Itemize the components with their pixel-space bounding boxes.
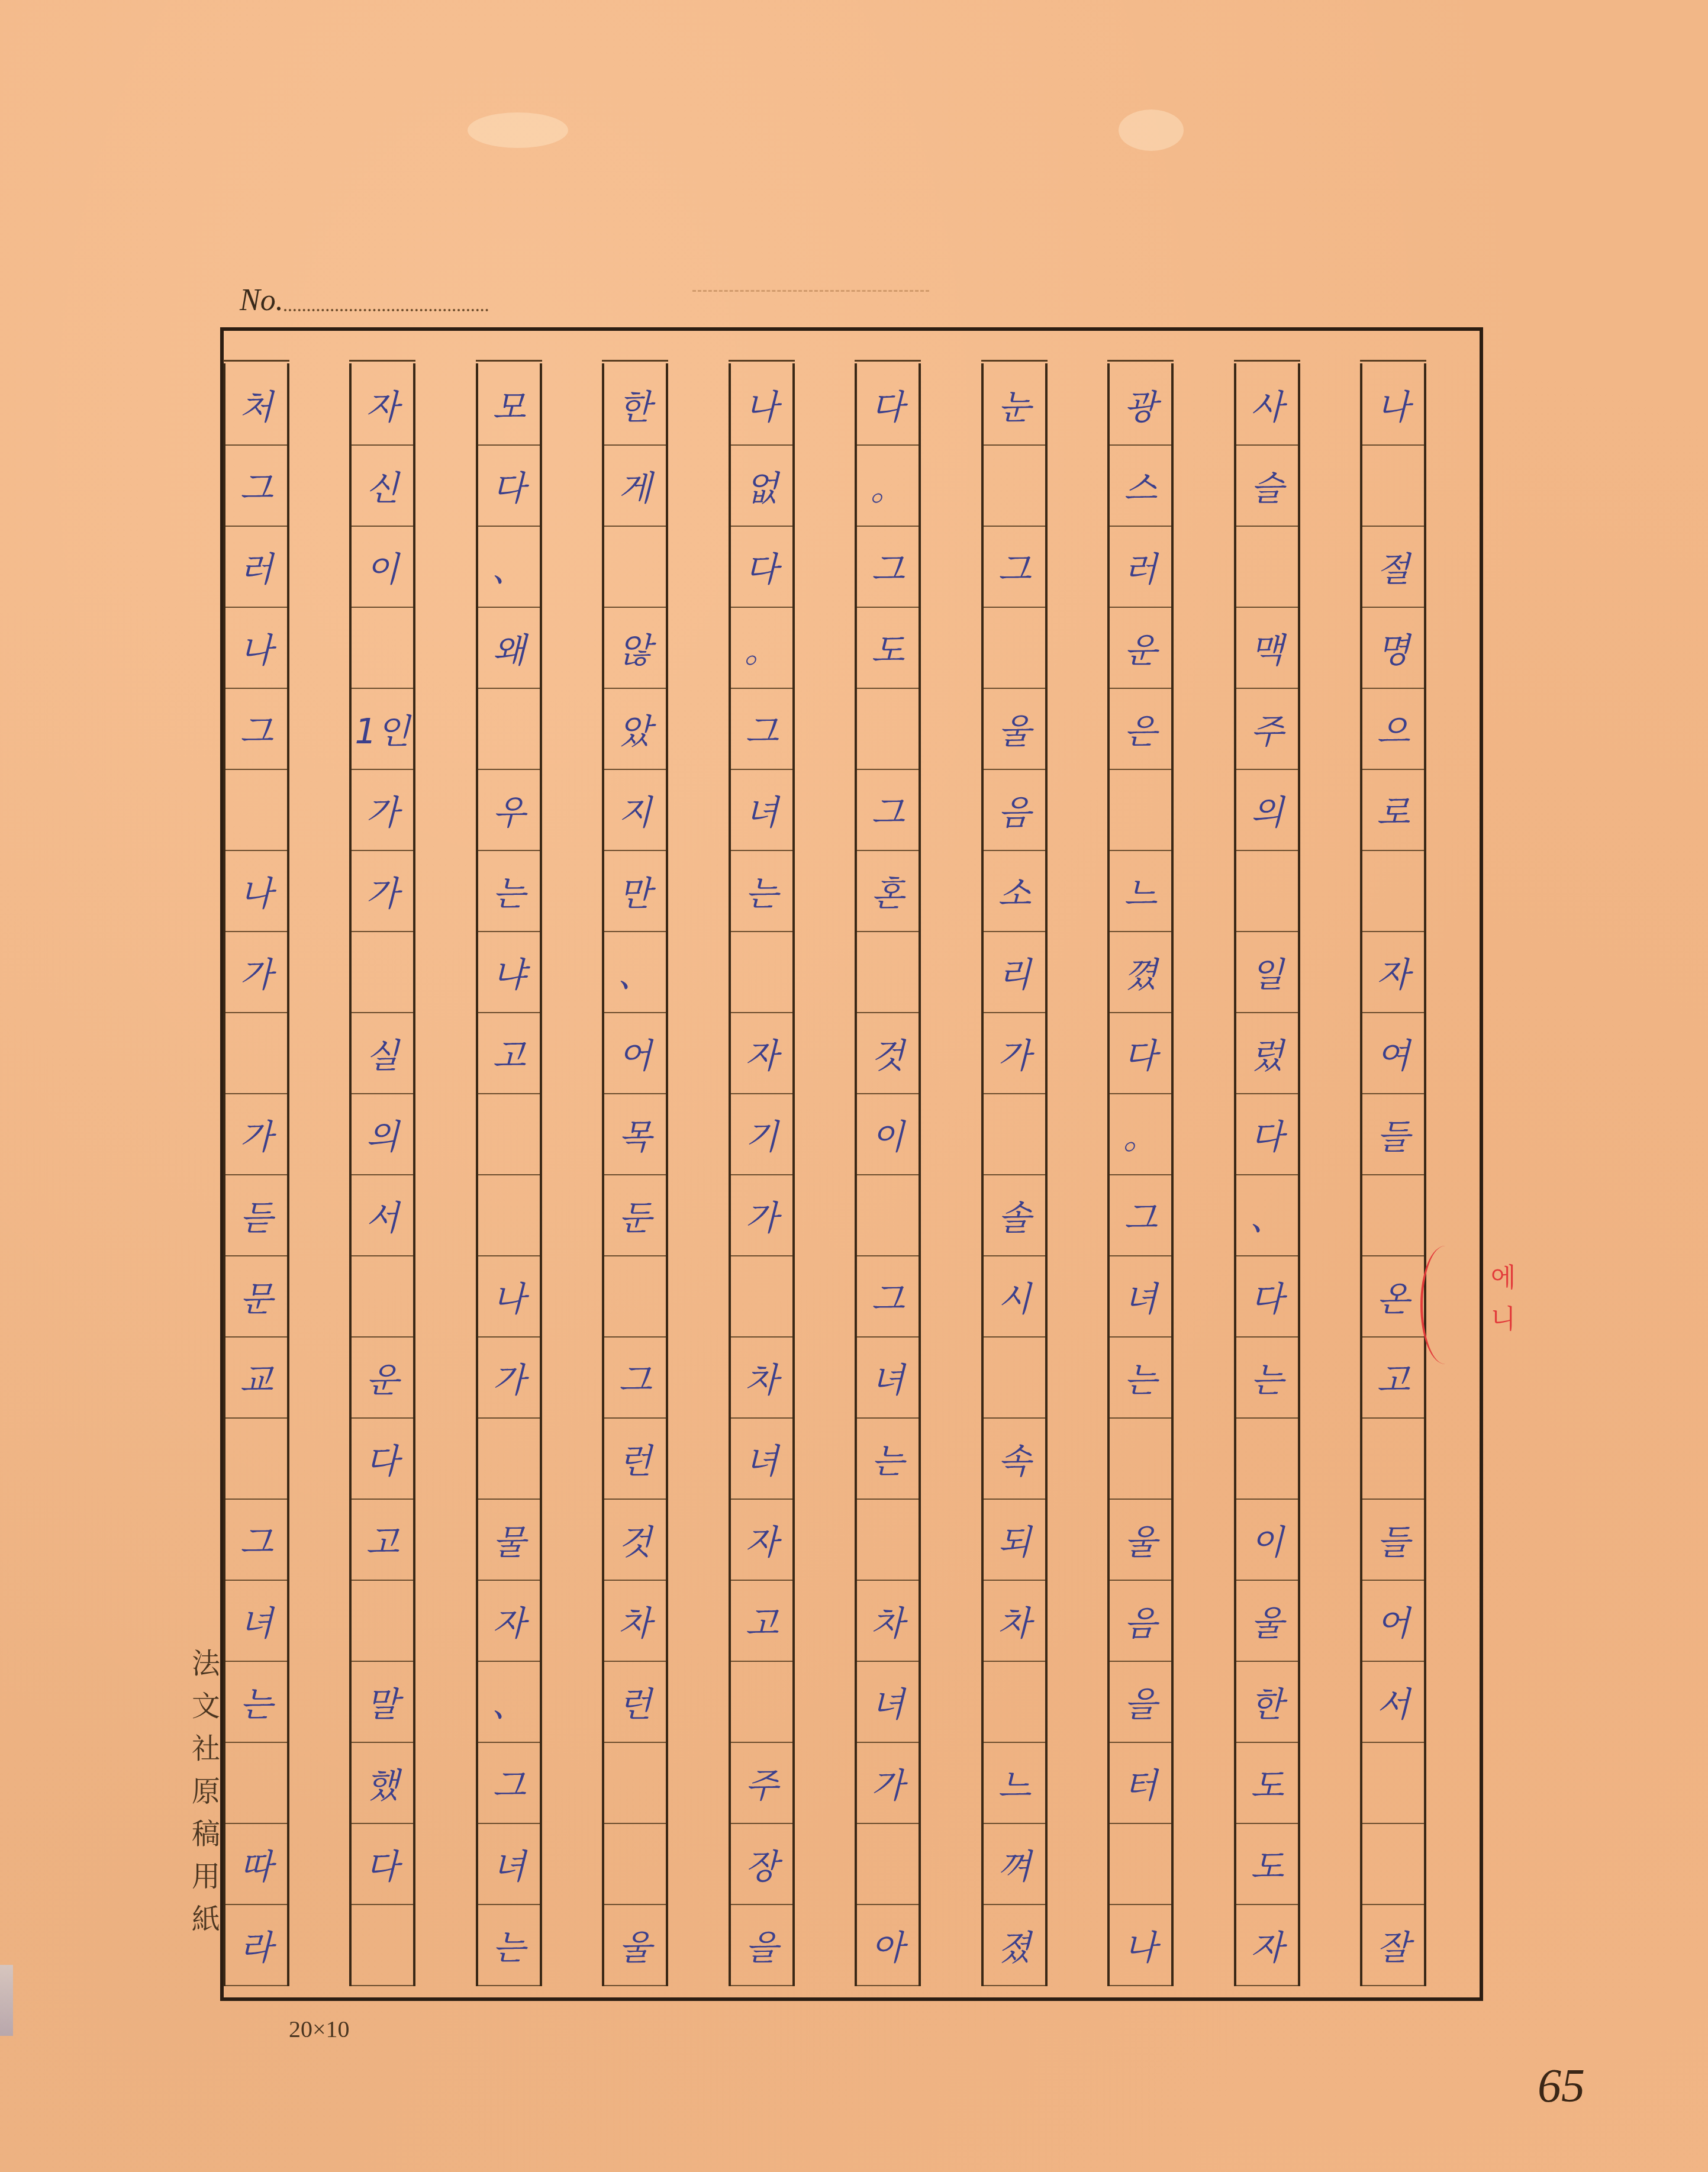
paper-crease-2 (1119, 109, 1184, 151)
manuscript-cell: 않 (604, 607, 666, 689)
manuscript-cell: 으 (1362, 688, 1424, 770)
manuscript-cell: 일 (1236, 931, 1298, 1013)
manuscript-cell: 을 (1110, 1661, 1171, 1743)
manuscript-cell: 는 (731, 850, 792, 932)
manuscript-cell: 들 (1362, 1499, 1424, 1581)
manuscript-cell: 라 (225, 1904, 287, 1986)
manuscript-cell (478, 1174, 540, 1256)
red-correction-char: 니 (1485, 1299, 1521, 1340)
manuscript-cell: 꼈 (1110, 931, 1171, 1013)
manuscript-cell: 이 (1236, 1499, 1298, 1581)
manuscript-column: 모다、왜우는냐고나가물자、그녀는 (476, 363, 542, 1986)
manuscript-cell: 명 (1362, 607, 1424, 689)
grid-size-label: 20×10 (289, 2015, 350, 2043)
column-top-rule (476, 360, 542, 362)
manuscript-cell: 가 (984, 1012, 1045, 1094)
manuscript-cell (225, 769, 287, 851)
manuscript-cell: 가 (225, 931, 287, 1013)
manuscript-cell: 이 (352, 526, 413, 608)
manuscript-cell: 느 (984, 1742, 1045, 1824)
manuscript-cell: 는 (1236, 1336, 1298, 1419)
manuscript-cell: 들 (1362, 1093, 1424, 1175)
manuscript-cell: 자 (352, 363, 413, 446)
manuscript-cell: 녀 (857, 1336, 919, 1419)
manuscript-cell: 다 (352, 1823, 413, 1905)
manuscript-cell: 이 (857, 1093, 919, 1175)
manuscript-cell: 을 (731, 1904, 792, 1986)
manuscript-cell (1236, 526, 1298, 608)
margin-title-char: 社 (188, 1728, 224, 1770)
manuscript-cell (478, 1093, 540, 1175)
manuscript-cell: 의 (352, 1093, 413, 1175)
manuscript-column: 나절명으로자여들온고들어서잘 (1360, 363, 1426, 1986)
column-top-rule (1234, 360, 1300, 362)
manuscript-cell (225, 1417, 287, 1500)
manuscript-cell (984, 1336, 1045, 1419)
manuscript-cell: 절 (1362, 526, 1424, 608)
manuscript-cell: 되 (984, 1499, 1045, 1581)
manuscript-cell: 그 (225, 444, 287, 527)
manuscript-cell: 가 (352, 769, 413, 851)
manuscript-cell: 주 (1236, 688, 1298, 770)
manuscript-cell: 지 (604, 769, 666, 851)
manuscript-cell (1362, 1174, 1424, 1256)
manuscript-cell: 렀 (1236, 1012, 1298, 1094)
manuscript-cell: 자 (731, 1499, 792, 1581)
manuscript-cell: 자 (478, 1580, 540, 1662)
manuscript-cell: 목 (604, 1093, 666, 1175)
manuscript-cell: 게 (604, 444, 666, 527)
manuscript-cell (604, 1823, 666, 1905)
manuscript-cell (857, 688, 919, 770)
manuscript-cell (984, 1661, 1045, 1743)
margin-title-char: 用 (188, 1855, 224, 1898)
manuscript-cell (1362, 1417, 1424, 1500)
manuscript-cell: 한 (604, 363, 666, 446)
manuscript-cell: 물 (478, 1499, 540, 1581)
manuscript-cell: 는 (1110, 1336, 1171, 1419)
manuscript-cell: 터 (1110, 1742, 1171, 1824)
margin-title-char: 稿 (188, 1813, 224, 1855)
manuscript-column: 처그러나그나가가듣문교그녀는따라 (223, 363, 289, 1986)
manuscript-cell: 。 (1110, 1093, 1171, 1175)
manuscript-column: 다。그도그혼것이그녀는차녀가아 (855, 363, 921, 1986)
manuscript-cell: 가 (478, 1336, 540, 1419)
manuscript-cell: 울 (1236, 1580, 1298, 1662)
manuscript-cell: 스 (1110, 444, 1171, 527)
manuscript-cell: 1인 (352, 688, 413, 770)
manuscript-cell (352, 1904, 413, 1986)
manuscript-cell: 러 (225, 526, 287, 608)
manuscript-cell: 솔 (984, 1174, 1045, 1256)
manuscript-cell (1110, 1417, 1171, 1500)
manuscript-cell: 했 (352, 1742, 413, 1824)
manuscript-cell: 슬 (1236, 444, 1298, 527)
manuscript-cell: 실 (352, 1012, 413, 1094)
manuscript-cell: 울 (1110, 1499, 1171, 1581)
manuscript-cell: 교 (225, 1336, 287, 1419)
manuscript-cell (1236, 850, 1298, 932)
manuscript-cell: 냐 (478, 931, 540, 1013)
manuscript-cell (984, 1093, 1045, 1175)
manuscript-cell (731, 931, 792, 1013)
manuscript-cell: 말 (352, 1661, 413, 1743)
manuscript-cell: 、 (478, 1661, 540, 1743)
manuscript-cell: 자 (731, 1012, 792, 1094)
manuscript-cell (352, 931, 413, 1013)
manuscript-cell: 가 (731, 1174, 792, 1256)
manuscript-cell: 사 (1236, 363, 1298, 446)
red-correction-char: 에 (1485, 1258, 1521, 1299)
manuscript-cell: 고 (731, 1580, 792, 1662)
manuscript-cell: 처 (225, 363, 287, 446)
manuscript-cell: 리 (984, 931, 1045, 1013)
manuscript-column: 나없다。그녀는자기가차녀자고주장을 (729, 363, 795, 1986)
manuscript-column: 자신이1인가가실의서운다고말했다 (349, 363, 415, 1986)
manuscript-cell: 는 (225, 1661, 287, 1743)
manuscript-cell: 다 (857, 363, 919, 446)
manuscript-cell: 、 (478, 526, 540, 608)
column-top-rule (602, 360, 668, 362)
manuscript-cell: 신 (352, 444, 413, 527)
red-correction-arc-icon (1420, 1246, 1470, 1364)
manuscript-cell: 그 (604, 1336, 666, 1419)
manuscript-cell (731, 1255, 792, 1338)
manuscript-cell: 여 (1362, 1012, 1424, 1094)
manuscript-cell: 서 (1362, 1661, 1424, 1743)
manuscript-cell: 녀 (225, 1580, 287, 1662)
manuscript-cell: 우 (478, 769, 540, 851)
manuscript-cell: 녀 (857, 1661, 919, 1743)
red-correction-text: 에니 (1485, 1258, 1521, 1340)
manuscript-cell: 그 (857, 526, 919, 608)
manuscript-cell (1236, 1417, 1298, 1500)
manuscript-cell: 녀 (478, 1823, 540, 1905)
column-top-rule (1360, 360, 1426, 362)
manuscript-cell: 다 (1110, 1012, 1171, 1094)
faint-printed-dash (692, 290, 929, 292)
manuscript-cell (857, 931, 919, 1013)
manuscript-cell: 도 (1236, 1823, 1298, 1905)
manuscript-cell: 울 (984, 688, 1045, 770)
column-top-rule (223, 360, 289, 362)
manuscript-cell: 그 (731, 688, 792, 770)
manuscript-cell: 없 (731, 444, 792, 527)
manuscript-cell: 나 (1362, 363, 1424, 446)
left-edge-tape-mark (0, 1965, 13, 2036)
manuscript-cell: 기 (731, 1093, 792, 1175)
manuscript-cell: 았 (604, 688, 666, 770)
manuscript-cell: 로 (1362, 769, 1424, 851)
manuscript-cell: 나 (225, 850, 287, 932)
manuscript-column: 광스러운은느꼈다。그녀는울음을터나 (1107, 363, 1174, 1986)
manuscript-cell (1110, 1823, 1171, 1905)
manuscript-cell: 한 (1236, 1661, 1298, 1743)
manuscript-cell: 고 (478, 1012, 540, 1094)
manuscript-cell: 문 (225, 1255, 287, 1338)
manuscript-cell: 온 (1362, 1255, 1424, 1338)
manuscript-cell (984, 607, 1045, 689)
manuscript-cell: 차 (984, 1580, 1045, 1662)
manuscript-cell: 것 (857, 1012, 919, 1094)
manuscript-cell (604, 1742, 666, 1824)
manuscript-cell (604, 526, 666, 608)
column-top-rule (729, 360, 795, 362)
manuscript-cell: 런 (604, 1661, 666, 1743)
manuscript-cell: 그 (857, 1255, 919, 1338)
manuscript-cell: 따 (225, 1823, 287, 1905)
manuscript-cell: 런 (604, 1417, 666, 1500)
manuscript-cell (225, 1012, 287, 1094)
manuscript-cell (352, 607, 413, 689)
manuscript-cell: 나 (1110, 1904, 1171, 1986)
column-top-rule (855, 360, 921, 362)
manuscript-column: 눈그울음소리가솔시속되차느껴졌 (981, 363, 1048, 1986)
manuscript-cell: 녀 (731, 1417, 792, 1500)
manuscript-cell: 고 (1362, 1336, 1424, 1419)
manuscript-cell: 그 (984, 526, 1045, 608)
margin-title-char: 文 (188, 1685, 224, 1728)
manuscript-cell: 는 (857, 1417, 919, 1500)
manuscript-cell: 혼 (857, 850, 919, 932)
manuscript-cell (1362, 1742, 1424, 1824)
manuscript-cell: 어 (1362, 1580, 1424, 1662)
manuscript-cell: 시 (984, 1255, 1045, 1338)
manuscript-cell: 듣 (225, 1174, 287, 1256)
manuscript-cell: 도 (857, 607, 919, 689)
manuscript-cell: 다 (731, 526, 792, 608)
manuscript-cell: 잘 (1362, 1904, 1424, 1986)
manuscript-cell: 아 (857, 1904, 919, 1986)
manuscript-cell: 차 (731, 1336, 792, 1419)
manuscript-cell: 、 (1236, 1174, 1298, 1256)
manuscript-cell: 차 (604, 1580, 666, 1662)
manuscript-cell: 다 (1236, 1093, 1298, 1175)
manuscript-cell: 러 (1110, 526, 1171, 608)
sheet-number-label: No. (240, 283, 283, 318)
manuscript-cell (478, 1417, 540, 1500)
manuscript-cell: 。 (731, 607, 792, 689)
manuscript-cell: 가 (352, 850, 413, 932)
manuscript-cell: 는 (478, 1904, 540, 1986)
manuscript-cell (352, 1580, 413, 1662)
manuscript-cell: 서 (352, 1174, 413, 1256)
column-top-rule (981, 360, 1048, 362)
manuscript-column: 한게않았지만、어목둔그런것차런울 (602, 363, 668, 1986)
manuscript-cell: 어 (604, 1012, 666, 1094)
manuscript-cell: 졌 (984, 1904, 1045, 1986)
margin-title-char: 紙 (188, 1898, 224, 1941)
manuscript-cell: 광 (1110, 363, 1171, 446)
manuscript-cell: 눈 (984, 363, 1045, 446)
manuscript-cell: 장 (731, 1823, 792, 1905)
manuscript-cell: 다 (478, 444, 540, 527)
manuscript-cell (478, 688, 540, 770)
manuscript-cell: 음 (1110, 1580, 1171, 1662)
column-top-rule (349, 360, 415, 362)
manuscript-cell: 것 (604, 1499, 666, 1581)
manuscript-cell (225, 1742, 287, 1824)
manuscript-cell: 자 (1236, 1904, 1298, 1986)
manuscript-cell (604, 1255, 666, 1338)
publisher-margin-title: 法文社原稿用紙 (188, 1642, 224, 1941)
manuscript-cell: 은 (1110, 688, 1171, 770)
manuscript-cell: 차 (857, 1580, 919, 1662)
manuscript-cell: 음 (984, 769, 1045, 851)
manuscript-column: 사슬맥주의일렀다、다는이울한도도자 (1234, 363, 1300, 1986)
manuscript-cell: 。 (857, 444, 919, 527)
manuscript-cell (1362, 1823, 1424, 1905)
manuscript-cell: 가 (225, 1093, 287, 1175)
manuscript-cell: 가 (857, 1742, 919, 1824)
manuscript-cell (857, 1499, 919, 1581)
manuscript-cell: 모 (478, 363, 540, 446)
manuscript-cell (857, 1823, 919, 1905)
manuscript-cell: 왜 (478, 607, 540, 689)
manuscript-cell: 그 (225, 688, 287, 770)
manuscript-cell (352, 1255, 413, 1338)
manuscript-cell: 나 (225, 607, 287, 689)
page-number: 65 (1538, 2060, 1585, 2113)
manuscript-cell: 속 (984, 1417, 1045, 1500)
manuscript-cell: 도 (1236, 1742, 1298, 1824)
manuscript-cell: 소 (984, 850, 1045, 932)
manuscript-cell: 녀 (731, 769, 792, 851)
manuscript-cell: 울 (604, 1904, 666, 1986)
sheet-number-field (284, 309, 488, 311)
manuscript-cell (1110, 769, 1171, 851)
manuscript-cell: 고 (352, 1499, 413, 1581)
manuscript-cell: 그 (857, 769, 919, 851)
paper-crease-1 (468, 112, 568, 148)
manuscript-cell: 운 (1110, 607, 1171, 689)
manuscript-cell (857, 1174, 919, 1256)
manuscript-cell: 맥 (1236, 607, 1298, 689)
manuscript-cell: 는 (478, 850, 540, 932)
manuscript-cell: 둔 (604, 1174, 666, 1256)
manuscript-cell: 만 (604, 850, 666, 932)
manuscript-cell (984, 444, 1045, 527)
red-correction-mark: 에니 (1420, 1246, 1521, 1364)
margin-title-char: 原 (188, 1770, 224, 1813)
manuscript-cell: 녀 (1110, 1255, 1171, 1338)
column-top-rule (1107, 360, 1174, 362)
manuscript-cell: 껴 (984, 1823, 1045, 1905)
manuscript-cell: 나 (478, 1255, 540, 1338)
manuscript-cell (1362, 444, 1424, 527)
manuscript-cell: 다 (352, 1417, 413, 1500)
manuscript-cell: 그 (1110, 1174, 1171, 1256)
manuscript-cell: 운 (352, 1336, 413, 1419)
manuscript-cell: 다 (1236, 1255, 1298, 1338)
manuscript-cell (731, 1661, 792, 1743)
manuscript-cell: 주 (731, 1742, 792, 1824)
manuscript-cell: 의 (1236, 769, 1298, 851)
manuscript-cell: 나 (731, 363, 792, 446)
margin-title-char: 法 (188, 1642, 224, 1685)
manuscript-cell: 그 (478, 1742, 540, 1824)
manuscript-cell: 、 (604, 931, 666, 1013)
manuscript-cell: 느 (1110, 850, 1171, 932)
manuscript-cell (1362, 850, 1424, 932)
manuscript-cell: 자 (1362, 931, 1424, 1013)
manuscript-cell: 그 (225, 1499, 287, 1581)
